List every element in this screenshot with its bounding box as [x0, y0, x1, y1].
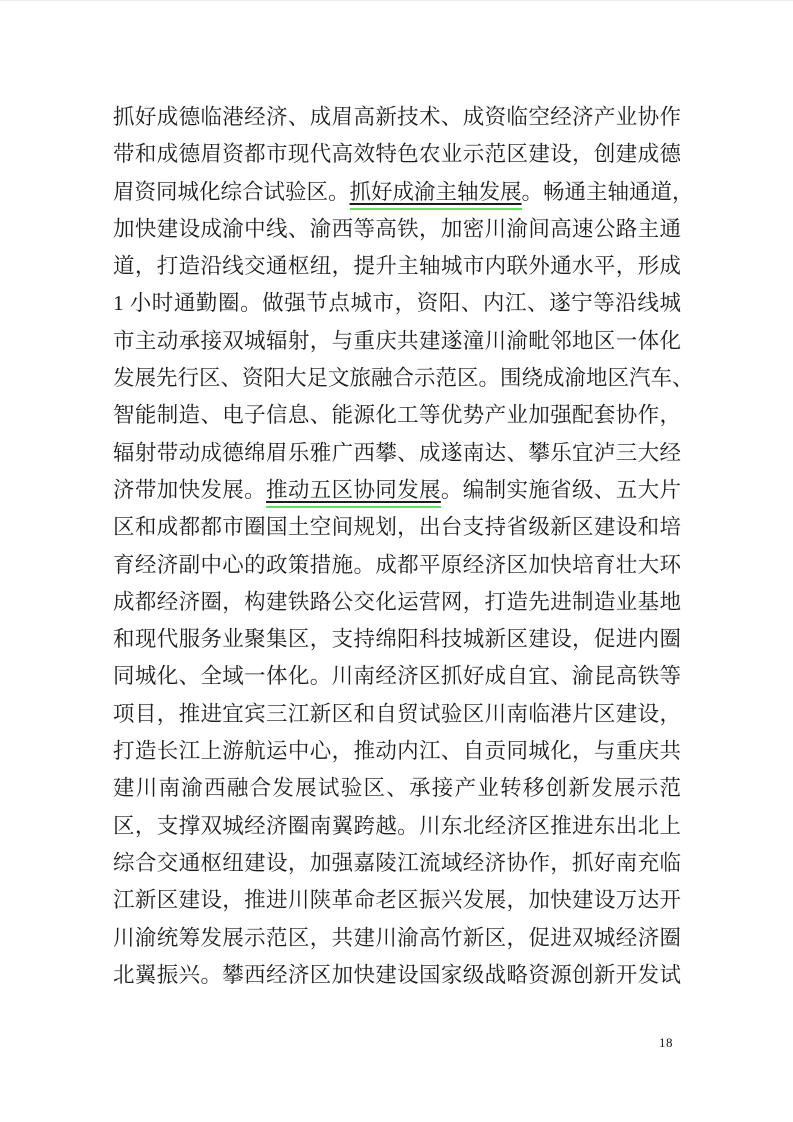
text-segment: 智能制造、电子信息、能源化工等优势产业加强配套协作，	[113, 403, 681, 427]
text-segment: 辐射带动成德绵眉乐雅广西攀、成遂南达、攀乐宜泸三大经	[113, 441, 681, 465]
text-line: 川渝统筹发展示范区，共建川渝高竹新区，促进双城经济圈	[113, 920, 681, 957]
text-line: 成都经济圈，构建铁路公交化运营网，打造先进制造业基地	[113, 584, 681, 621]
text-line: 建川南渝西融合发展试验区、承接产业转移创新发展示范	[113, 770, 681, 807]
text-line: 带和成德眉资都市现代高效特色农业示范区建设，创建成德	[113, 136, 681, 173]
text-segment: 。编制实施省级、五大片	[441, 478, 681, 502]
text-line: 和现代服务业聚集区，支持绵阳科技城新区建设，促进内圈	[113, 621, 681, 658]
text-line: 辐射带动成德绵眉乐雅广西攀、成遂南达、攀乐宜泸三大经	[113, 435, 681, 472]
text-line: 抓好成德临港经济、成眉高新技术、成资临空经济产业协作	[113, 99, 681, 136]
text-segment: 区，支撑双城经济圈南翼跨越。川东北经济区推进东出北上	[113, 814, 681, 838]
text-segment: 加快建设成渝中线、渝西等高铁，加密川渝间高速公路主通	[113, 217, 681, 241]
text-segment: 江新区建设，推进川陕革命老区振兴发展，加快建设万达开	[113, 888, 681, 912]
text-line: 育经济副中心的政策措施。成都平原经济区加快培育壮大环	[113, 547, 681, 584]
text-line: 道，打造沿线交通枢纽，提升主轴城市内联外通水平，形成	[113, 248, 681, 285]
text-line: 同城化、全域一体化。川南经济区抓好成自宜、渝昆高铁等	[113, 658, 681, 695]
underlined-phrase: 推动五区协同发展	[266, 478, 441, 508]
text-line: 济带加快发展。推动五区协同发展。编制实施省级、五大片	[113, 472, 681, 509]
text-line: 眉资同城化综合试验区。抓好成渝主轴发展。畅通主轴通道，	[113, 174, 681, 211]
text-segment: 市主动承接双城辐射，与重庆共建遂潼川渝毗邻地区一体化	[113, 329, 681, 353]
document-page: 抓好成德临港经济、成眉高新技术、成资临空经济产业协作带和成德眉资都市现代高效特色…	[0, 0, 793, 1122]
page-number: 18	[659, 1035, 673, 1051]
text-segment: 川渝统筹发展示范区，共建川渝高竹新区，促进双城经济圈	[113, 926, 681, 950]
text-segment: 项目，推进宜宾三江新区和自贸试验区川南临港片区建设，	[113, 702, 681, 726]
text-segment: 道，打造沿线交通枢纽，提升主轴城市内联外通水平，形成	[113, 254, 681, 278]
text-line: 区，支撑双城经济圈南翼跨越。川东北经济区推进东出北上	[113, 808, 681, 845]
text-line: 加快建设成渝中线、渝西等高铁，加密川渝间高速公路主通	[113, 211, 681, 248]
text-segment: 济带加快发展。	[113, 478, 266, 502]
text-line: 打造长江上游航运中心，推动内江、自贡同城化，与重庆共	[113, 733, 681, 770]
page-top-edge	[0, 0, 793, 1]
body-text: 抓好成德临港经济、成眉高新技术、成资临空经济产业协作带和成德眉资都市现代高效特色…	[113, 99, 681, 994]
text-segment: 带和成德眉资都市现代高效特色农业示范区建设，创建成德	[113, 142, 681, 166]
text-segment: 同城化、全域一体化。川南经济区抓好成自宜、渝昆高铁等	[113, 664, 681, 688]
text-segment: 成都经济圈，构建铁路公交化运营网，打造先进制造业基地	[113, 590, 681, 614]
text-line: 项目，推进宜宾三江新区和自贸试验区川南临港片区建设，	[113, 696, 681, 733]
text-segment: 眉资同城化综合试验区。	[113, 180, 350, 204]
underlined-phrase: 抓好成渝主轴发展	[350, 180, 522, 210]
text-line: 综合交通枢纽建设，加强嘉陵江流域经济协作，抓好南充临	[113, 845, 681, 882]
text-segment: 建川南渝西融合发展试验区、承接产业转移创新发展示范	[113, 776, 681, 800]
text-segment: 抓好成德临港经济、成眉高新技术、成资临空经济产业协作	[113, 105, 681, 129]
text-segment: 。畅通主轴通道，	[522, 180, 694, 204]
text-line: 区和成都都市圈国土空间规划，出台支持省级新区建设和培	[113, 509, 681, 546]
text-segment: 育经济副中心的政策措施。成都平原经济区加快培育壮大环	[113, 553, 681, 577]
text-segment: 北翼振兴。攀西经济区加快建设国家级战略资源创新开发试	[113, 963, 681, 987]
text-line: 发展先行区、资阳大足文旅融合示范区。围绕成渝地区汽车、	[113, 360, 681, 397]
text-segment: 综合交通枢纽建设，加强嘉陵江流域经济协作，抓好南充临	[113, 851, 681, 875]
text-line: 北翼振兴。攀西经济区加快建设国家级战略资源创新开发试	[113, 957, 681, 994]
text-line: 1 小时通勤圈。做强节点城市，资阳、内江、遂宁等沿线城	[113, 285, 681, 322]
text-segment: 和现代服务业聚集区，支持绵阳科技城新区建设，促进内圈	[113, 627, 681, 651]
text-segment: 1 小时通勤圈。做强节点城市，资阳、内江、遂宁等沿线城	[113, 291, 681, 315]
text-segment: 发展先行区、资阳大足文旅融合示范区。围绕成渝地区汽车、	[113, 366, 694, 390]
text-line: 市主动承接双城辐射，与重庆共建遂潼川渝毗邻地区一体化	[113, 323, 681, 360]
text-line: 智能制造、电子信息、能源化工等优势产业加强配套协作，	[113, 397, 681, 434]
text-segment: 打造长江上游航运中心，推动内江、自贡同城化，与重庆共	[113, 739, 681, 763]
text-line: 江新区建设，推进川陕革命老区振兴发展，加快建设万达开	[113, 882, 681, 919]
text-segment: 区和成都都市圈国土空间规划，出台支持省级新区建设和培	[113, 515, 681, 539]
